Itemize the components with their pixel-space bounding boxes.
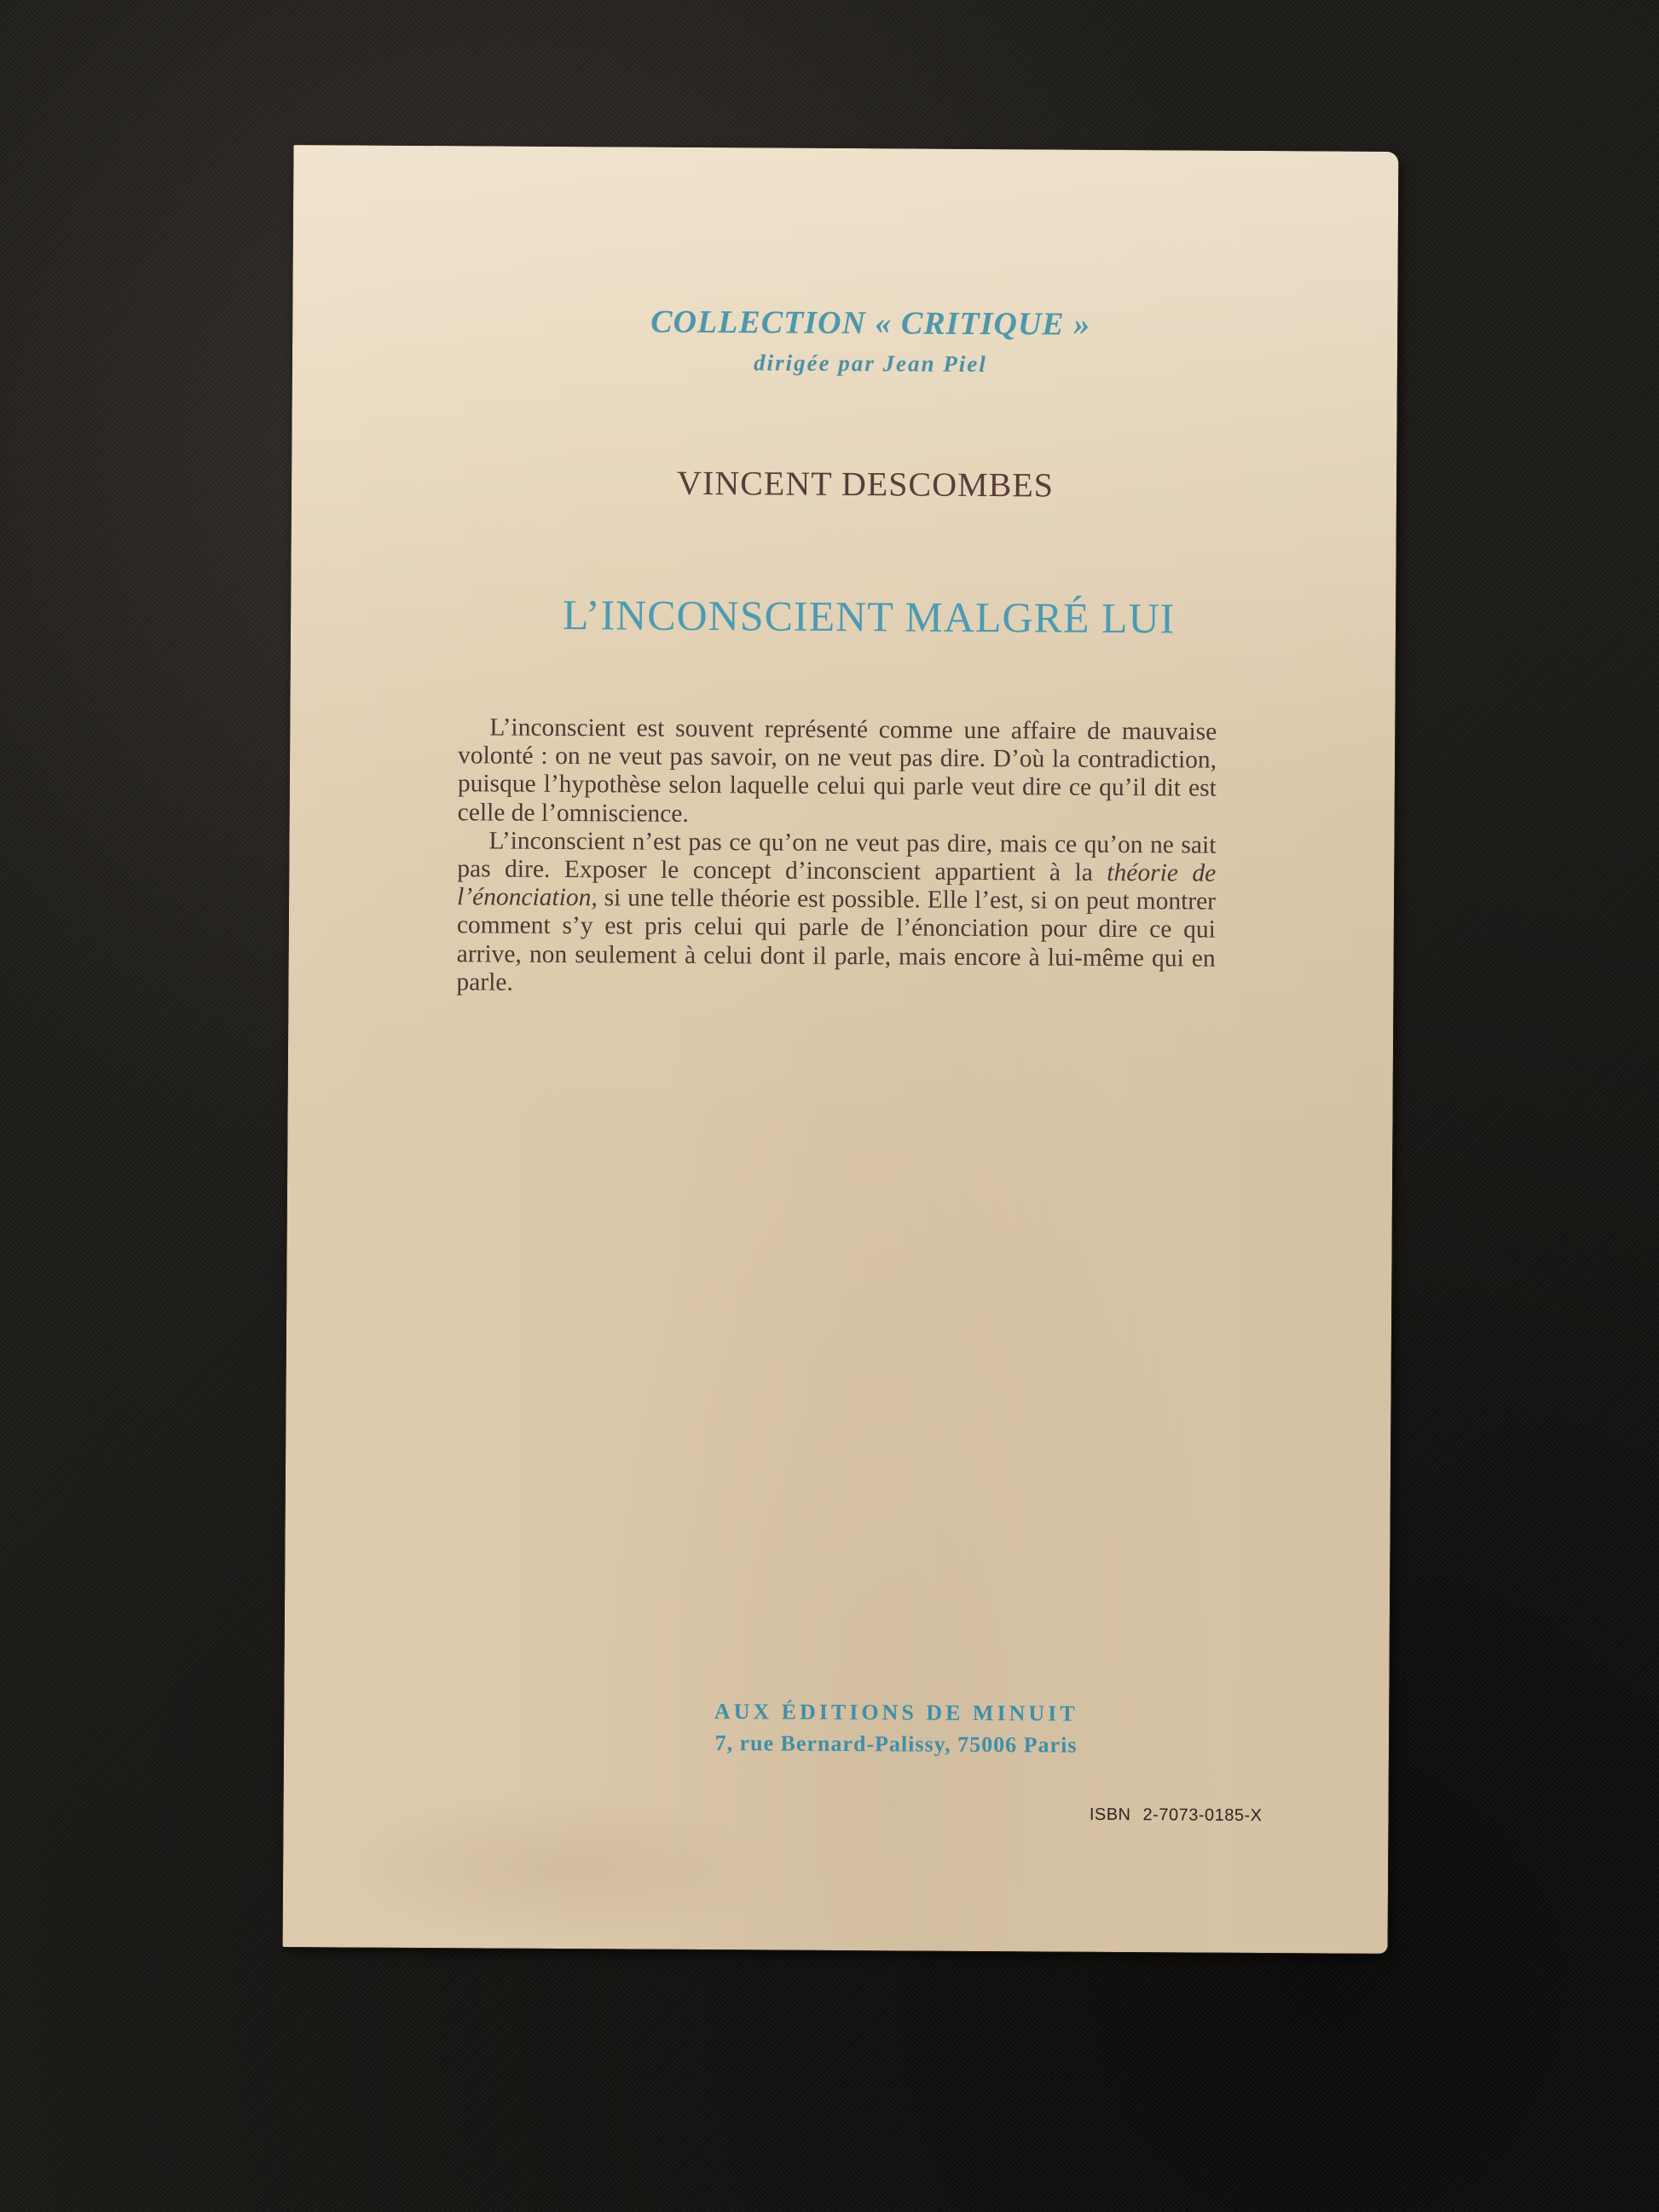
book-back-cover: COLLECTION « CRITIQUE » dirigée par Jean… <box>283 145 1399 1954</box>
publisher-address: 7, rue Bernard-Palissy, 75006 Paris <box>344 1728 1448 1760</box>
blurb-paragraph-2: L’inconscient n’est pas ce qu’on ne veut… <box>456 827 1216 1002</box>
publisher-name: AUX ÉDITIONS DE MINUIT <box>344 1696 1448 1729</box>
blurb-text: L’inconscient est souvent représenté com… <box>456 713 1217 1001</box>
isbn-number: ISBN 2-7073-0185-X <box>1090 1805 1263 1826</box>
collection-name: COLLECTION « CRITIQUE » <box>318 301 1423 345</box>
photo-shadow <box>334 1790 778 1946</box>
collection-director: dirigée par Jean Piel <box>318 347 1423 380</box>
blurb-paragraph-2-start: L’inconscient n’est pas ce qu’on ne veut… <box>457 827 1216 887</box>
book-title: L’INCONSCIENT MALGRÉ LUI <box>316 588 1421 644</box>
author-name: VINCENT DESCOMBES <box>313 460 1418 507</box>
blurb-paragraph-1: L’inconscient est souvent représenté com… <box>458 713 1217 831</box>
